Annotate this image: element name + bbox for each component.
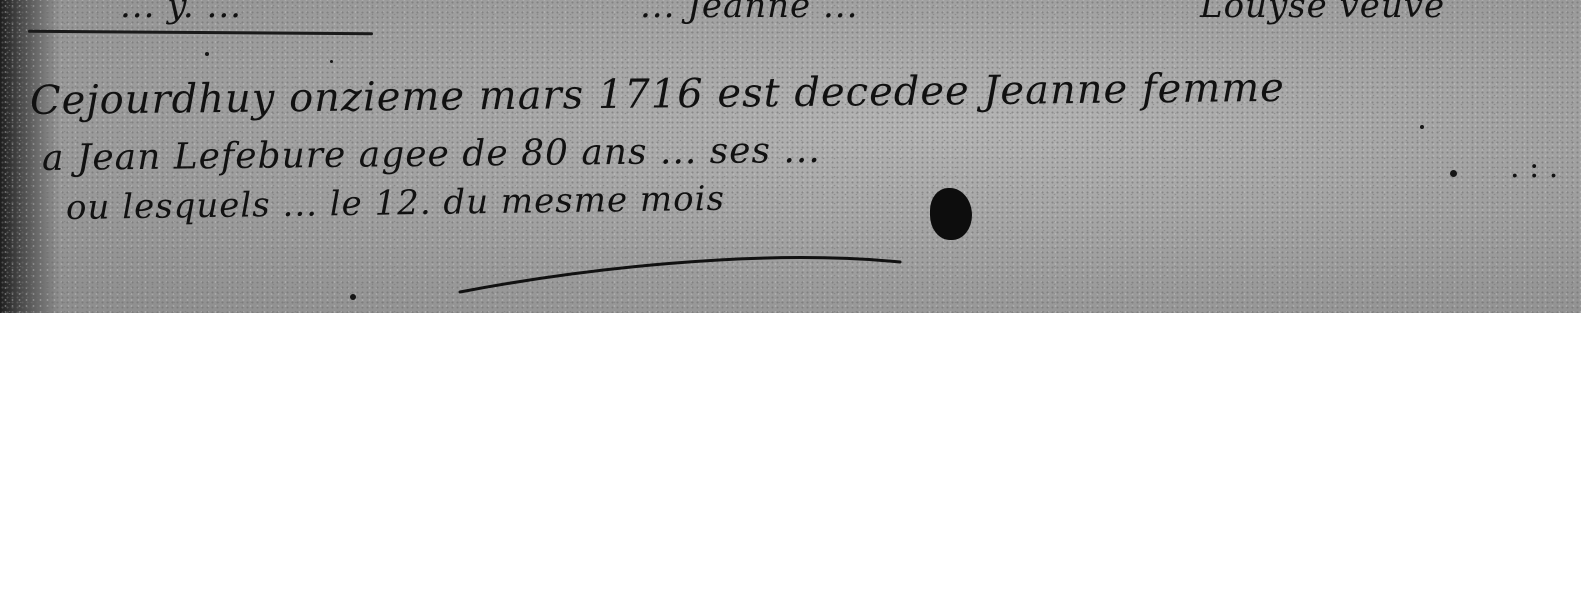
- closing-flourish: [455, 240, 915, 300]
- ink-speck: [350, 294, 356, 300]
- handwritten-line-2: a Jean Lefebure agee de 80 ans ... ses .…: [42, 130, 821, 179]
- ink-blot: [930, 188, 972, 240]
- ink-speck: [205, 52, 209, 56]
- top-fragment-middle: ... Jeanne ...: [640, 0, 858, 26]
- top-fragment-right: Louyse veuve: [1200, 0, 1445, 26]
- margin-marks: . : .: [1510, 150, 1558, 185]
- ink-speck: [1420, 125, 1424, 129]
- ink-speck: [330, 60, 333, 63]
- document-scan: ... y. ... ... Jeanne ... Louyse veuve C…: [0, 0, 1581, 313]
- ink-speck: [1450, 170, 1457, 177]
- top-fragment-left: ... y. ...: [120, 0, 242, 26]
